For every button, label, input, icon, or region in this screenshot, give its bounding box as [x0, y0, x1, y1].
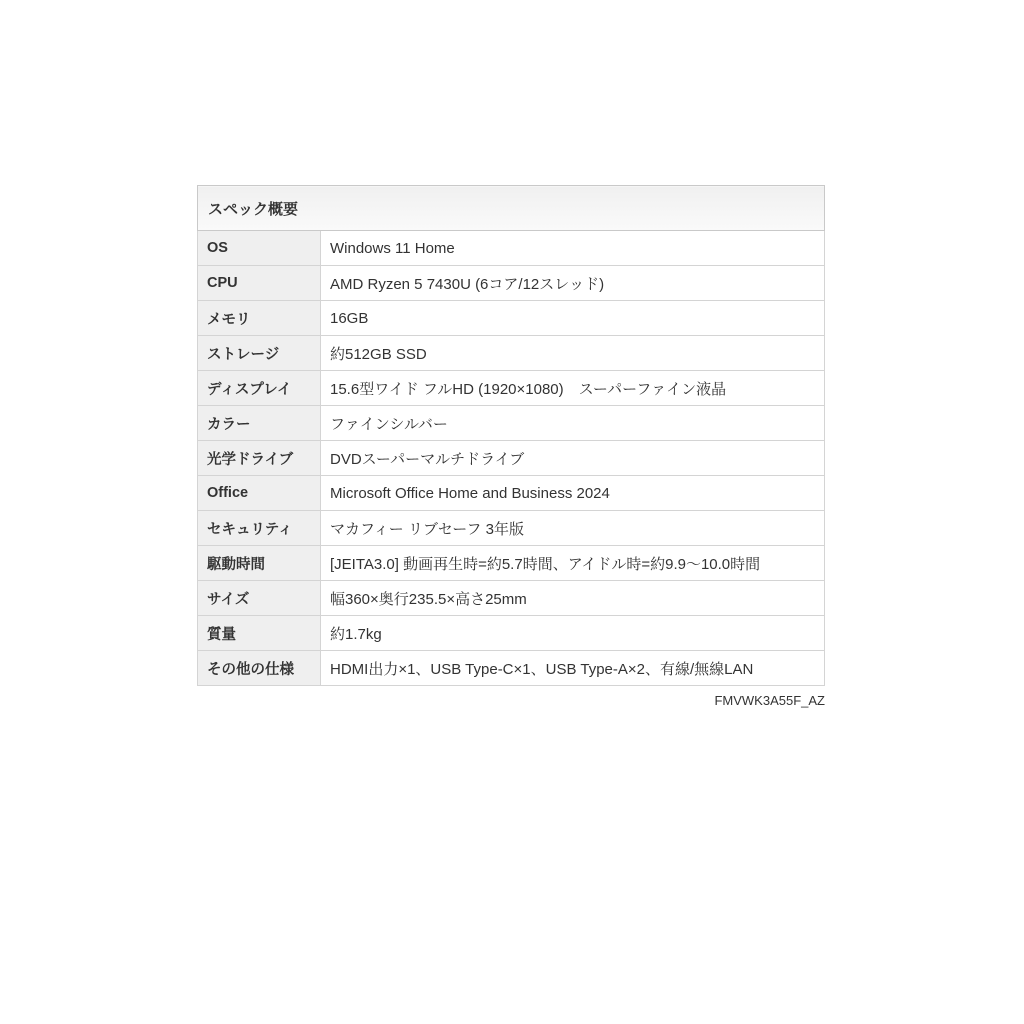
- page: スペック概要 OS Windows 11 Home CPU AMD Ryzen …: [0, 0, 1024, 1024]
- spec-row: 光学ドライブ DVDスーパーマルチドライブ: [198, 441, 825, 476]
- spec-row-label: セキュリティ: [198, 511, 321, 546]
- spec-row-label: 駆動時間: [198, 546, 321, 581]
- spec-row-label: OS: [198, 231, 321, 266]
- spec-row: セキュリティ マカフィー リブセーフ 3年版: [198, 511, 825, 546]
- spec-row-value: Microsoft Office Home and Business 2024: [321, 476, 825, 511]
- spec-row-label: メモリ: [198, 301, 321, 336]
- spec-row-value: マカフィー リブセーフ 3年版: [321, 511, 825, 546]
- spec-row-value: [JEITA3.0] 動画再生時=約5.7時間、アイドル時=約9.9〜10.0時…: [321, 546, 825, 581]
- spec-row-value: ファインシルバー: [321, 406, 825, 441]
- spec-row: カラー ファインシルバー: [198, 406, 825, 441]
- spec-row-label: 光学ドライブ: [198, 441, 321, 476]
- spec-table-header-row: スペック概要: [198, 186, 825, 231]
- spec-row-value: DVDスーパーマルチドライブ: [321, 441, 825, 476]
- spec-rows: OS Windows 11 Home CPU AMD Ryzen 5 7430U…: [198, 231, 825, 686]
- spec-row-value: 約512GB SSD: [321, 336, 825, 371]
- spec-row: メモリ 16GB: [198, 301, 825, 336]
- spec-row-label: ストレージ: [198, 336, 321, 371]
- spec-row: 質量 約1.7kg: [198, 616, 825, 651]
- spec-row-value: 16GB: [321, 301, 825, 336]
- spec-row: サイズ 幅360×奥行235.5×高さ25mm: [198, 581, 825, 616]
- spec-row: ストレージ 約512GB SSD: [198, 336, 825, 371]
- spec-row-label: 質量: [198, 616, 321, 651]
- spec-row-label: ディスプレイ: [198, 371, 321, 406]
- spec-row-value: HDMI出力×1、USB Type-C×1、USB Type-A×2、有線/無線…: [321, 651, 825, 686]
- spec-row-label: Office: [198, 476, 321, 511]
- spec-row-label: サイズ: [198, 581, 321, 616]
- spec-row-label: カラー: [198, 406, 321, 441]
- spec-row-value: 幅360×奥行235.5×高さ25mm: [321, 581, 825, 616]
- spec-row-value: AMD Ryzen 5 7430U (6コア/12スレッド): [321, 266, 825, 301]
- spec-section: スペック概要 OS Windows 11 Home CPU AMD Ryzen …: [197, 185, 825, 708]
- spec-row: 駆動時間 [JEITA3.0] 動画再生時=約5.7時間、アイドル時=約9.9〜…: [198, 546, 825, 581]
- spec-table-title: スペック概要: [198, 186, 825, 231]
- spec-row-value: 15.6型ワイド フルHD (1920×1080) スーパーファイン液晶: [321, 371, 825, 406]
- spec-row: CPU AMD Ryzen 5 7430U (6コア/12スレッド): [198, 266, 825, 301]
- spec-row: OS Windows 11 Home: [198, 231, 825, 266]
- spec-row-value: Windows 11 Home: [321, 231, 825, 266]
- model-code: FMVWK3A55F_AZ: [197, 693, 825, 708]
- spec-row: その他の仕様 HDMI出力×1、USB Type-C×1、USB Type-A×…: [198, 651, 825, 686]
- spec-row: Office Microsoft Office Home and Busines…: [198, 476, 825, 511]
- spec-row-label: その他の仕様: [198, 651, 321, 686]
- spec-table: スペック概要 OS Windows 11 Home CPU AMD Ryzen …: [197, 185, 825, 686]
- spec-row-label: CPU: [198, 266, 321, 301]
- spec-row-value: 約1.7kg: [321, 616, 825, 651]
- spec-row: ディスプレイ 15.6型ワイド フルHD (1920×1080) スーパーファイ…: [198, 371, 825, 406]
